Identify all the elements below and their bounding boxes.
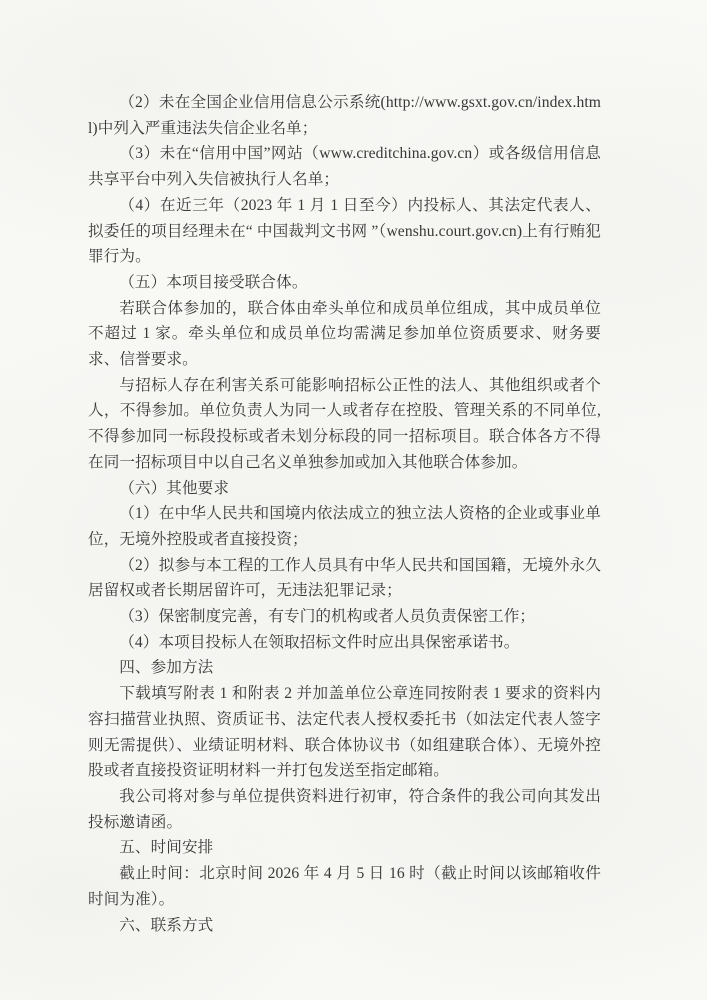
para-other-requirement-2: （2）拟参与本工程的工作人员具有中华人民共和国国籍，无境外永久居留权或者长期居留…	[88, 553, 601, 604]
heading-section-6-contact: 六、联系方式	[88, 913, 601, 939]
scanned-page: （2）未在全国企业信用信息公示系统(http://www.gsxt.gov.cn…	[0, 0, 707, 1000]
para-deadline: 截止时间：北京时间 2026 年 4 月 5 日 16 时（截止时间以该邮箱收件…	[88, 861, 601, 912]
para-other-requirement-4: （4）本项目投标人在领取招标文件时应出具保密承诺书。	[88, 630, 601, 656]
heading-clause-6-other-requirements: （六）其他要求	[88, 476, 601, 502]
para-other-requirement-3: （3）保密制度完善，有专门的机构或者人员负责保密工作；	[88, 604, 601, 630]
heading-section-5-schedule: 五、时间安排	[88, 835, 601, 861]
heading-section-4-participation-method: 四、参加方法	[88, 655, 601, 681]
para-wenshu-court: （4）在近三年（2023 年 1 月 1 日至今）内投标人、其法定代表人、拟委任…	[88, 193, 601, 270]
heading-clause-5-consortium: （五）本项目接受联合体。	[88, 270, 601, 296]
para-creditchina-website: （3）未在“信用中国”网站（www.creditchina.gov.cn）或各级…	[88, 141, 601, 192]
para-conflict-of-interest: 与招标人存在利害关系可能影响招标公正性的法人、其他组织或者个人，不得参加。单位负…	[88, 373, 601, 476]
document-body: （2）未在全国企业信用信息公示系统(http://www.gsxt.gov.cn…	[88, 90, 601, 938]
para-credit-info-system: （2）未在全国企业信用信息公示系统(http://www.gsxt.gov.cn…	[88, 90, 601, 141]
para-other-requirement-1: （1）在中华人民共和国境内依法成立的独立法人资格的企业或事业单位，无境外控股或者…	[88, 501, 601, 552]
para-preliminary-review: 我公司将对参与单位提供资料进行初审，符合条件的我公司向其发出投标邀请函。	[88, 784, 601, 835]
para-participation-method: 下载填写附表 1 和附表 2 并加盖单位公章连同按附表 1 要求的资料内容扫描营…	[88, 681, 601, 784]
para-consortium-composition: 若联合体参加的，联合体由牵头单位和成员单位组成，其中成员单位不超过 1 家。牵头…	[88, 296, 601, 373]
